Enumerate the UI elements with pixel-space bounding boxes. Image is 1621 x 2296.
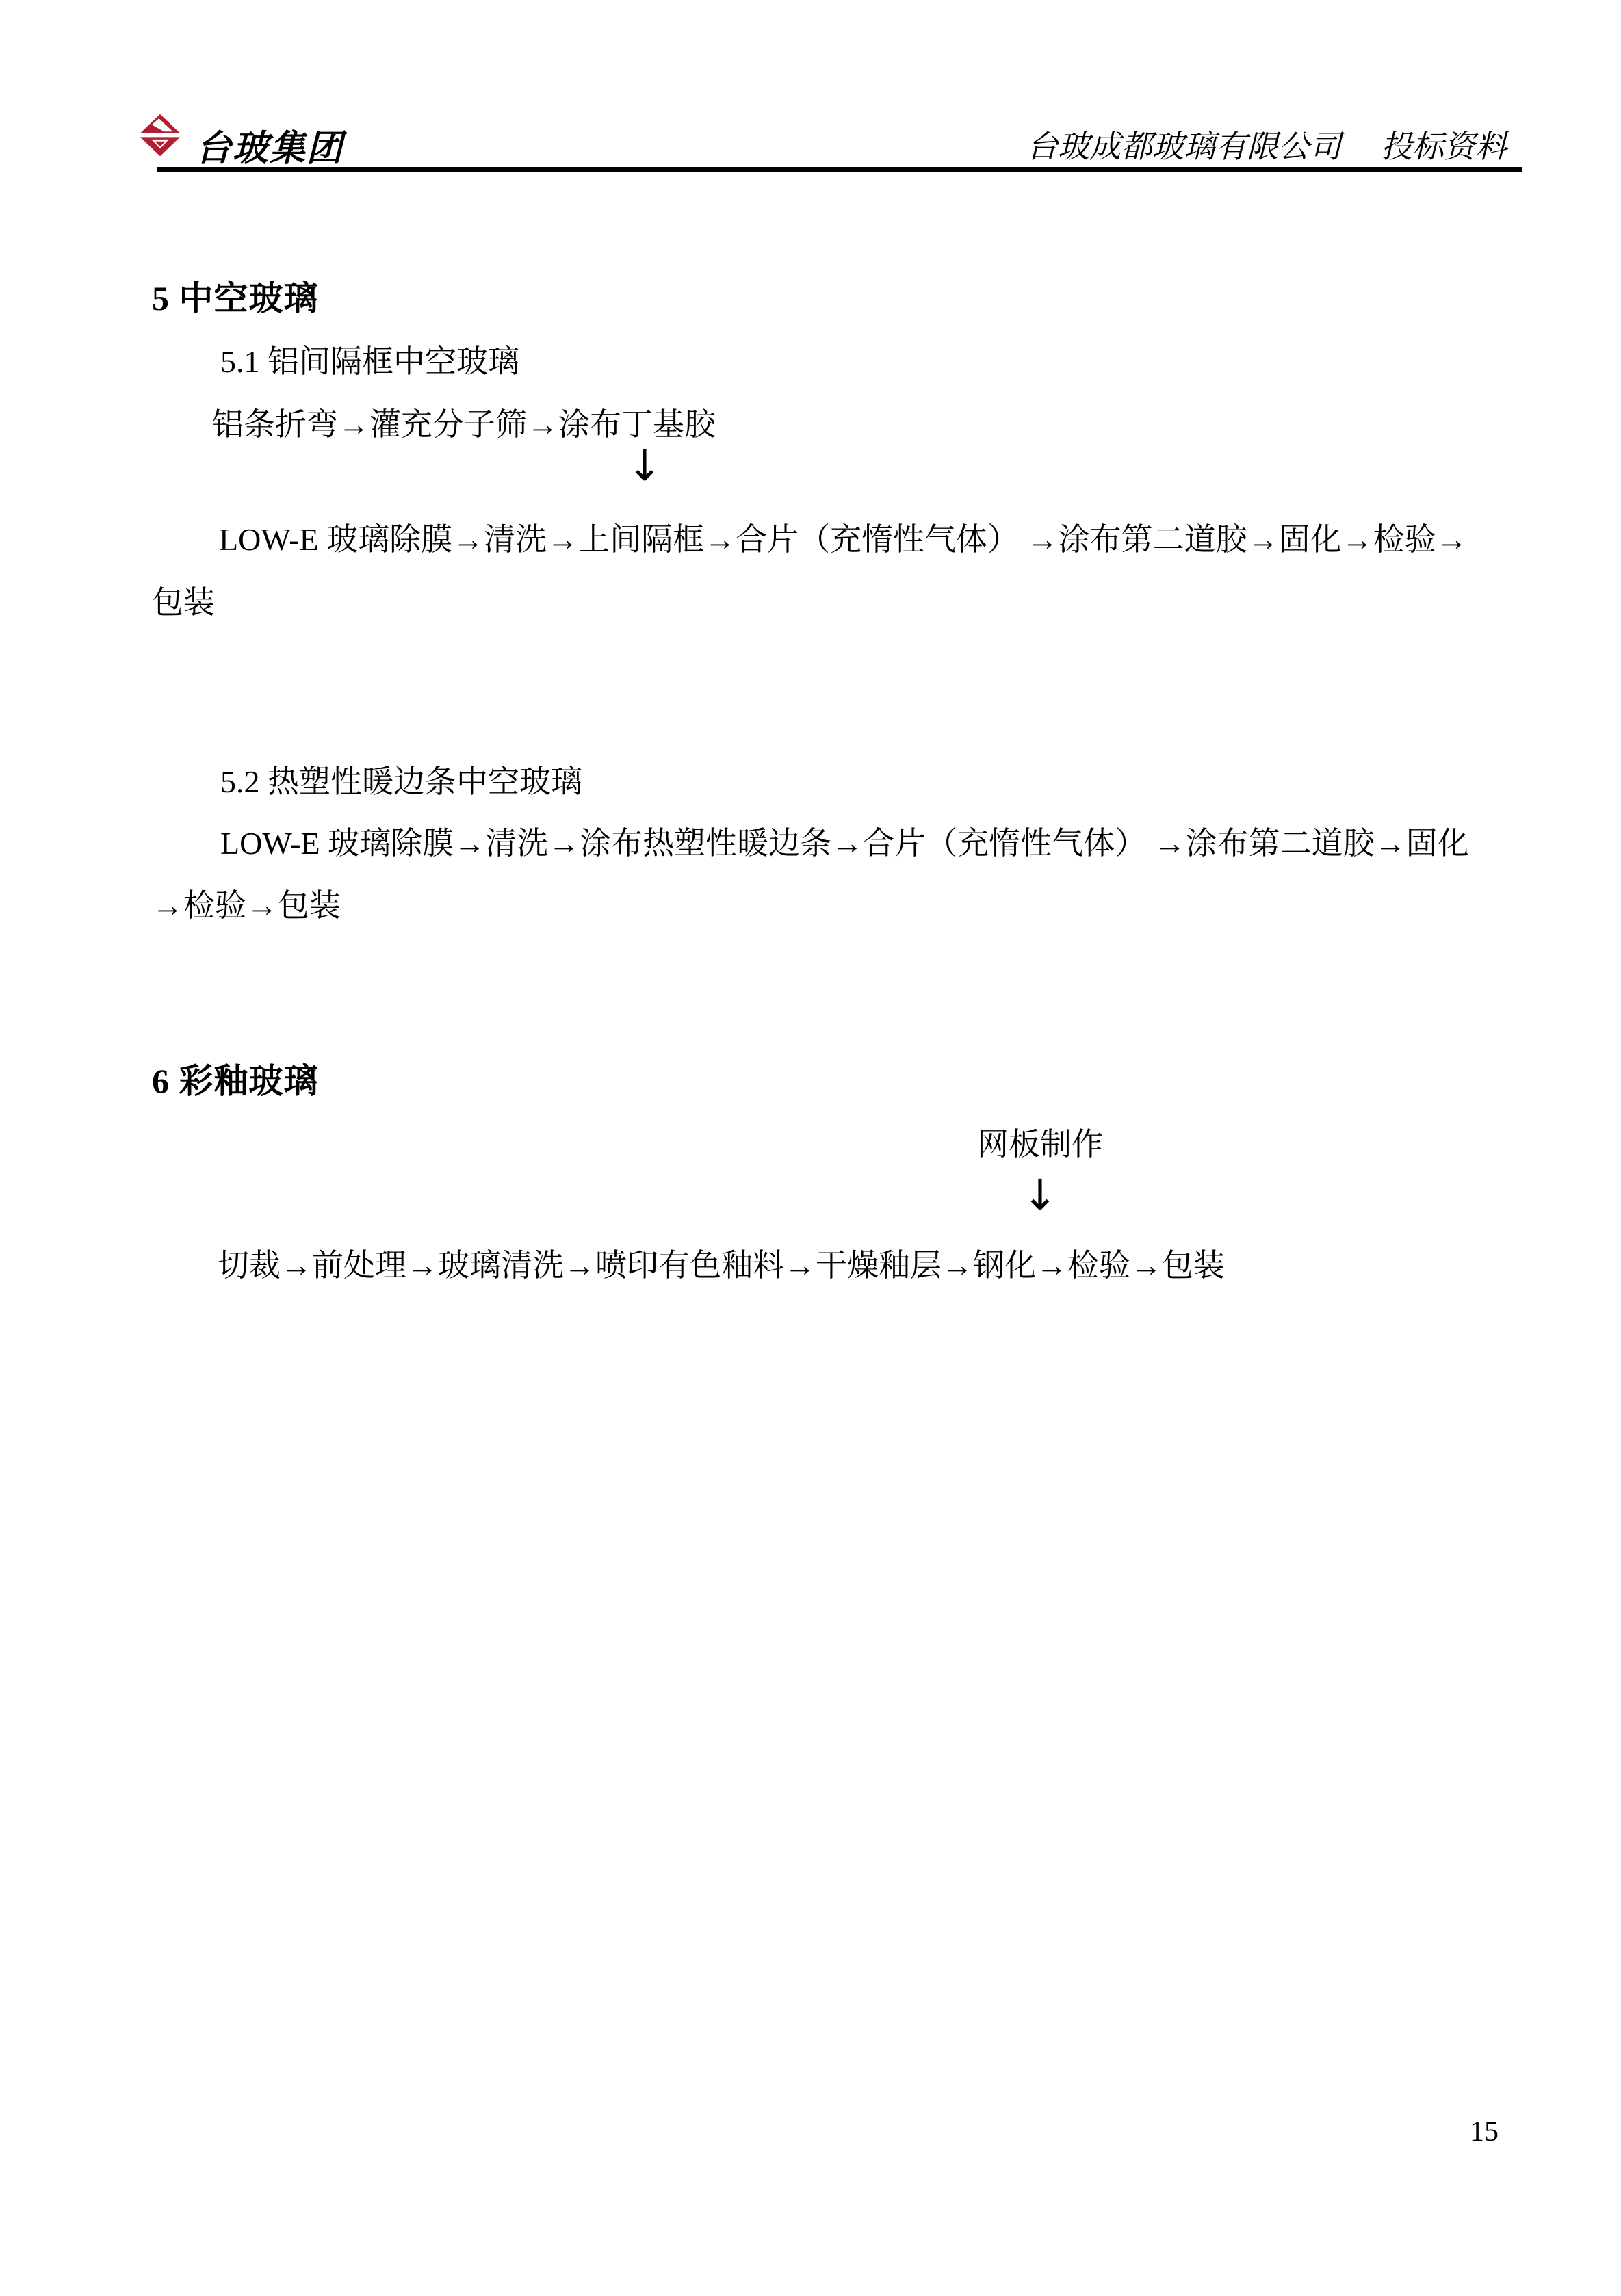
section5-2-title: 5.2 热塑性暖边条中空玻璃 (220, 757, 582, 802)
header-doc-type: 投标资料 (1381, 122, 1507, 167)
taiwan-glass-logo-icon (140, 114, 180, 157)
section5-2-flow-line1: LOW-E 玻璃除膜→清洗→涂布热塑性暖边条→合片（充惰性气体） →涂布第二道胶… (220, 818, 1469, 863)
header-brand-text: 台玻集团 (196, 119, 343, 170)
section6-screen-step: 网板制作 (977, 1119, 1103, 1164)
page-number: 15 (1470, 2115, 1499, 2148)
section5-1-main-flow-line2: 包装 (152, 577, 215, 623)
section5-heading: 5 中空玻璃 (152, 271, 319, 320)
document-page: 台玻集团 台玻成都玻璃有限公司 投标资料 5 中空玻璃 5.1 铝间隔框中空玻璃… (0, 0, 1621, 2296)
section5-1-title: 5.1 铝间隔框中空玻璃 (220, 337, 519, 382)
section5-1-prep-flow: 铝条折弯→灌充分子筛→涂布丁基胶 (212, 400, 716, 445)
header-divider-line (157, 167, 1522, 172)
down-arrow-icon: ↓ (627, 445, 662, 487)
section5-1-main-flow-line1: LOW-E 玻璃除膜→清洗→上间隔框→合片（充惰性气体） →涂布第二道胶→固化→… (219, 514, 1468, 560)
section6-flow: 切裁→前处理→玻璃清洗→喷印有色釉料→干燥釉层→钢化→检验→包装 (218, 1240, 1225, 1286)
header-right: 台玻成都玻璃有限公司 投标资料 (1026, 122, 1507, 167)
section6-heading: 6 彩釉玻璃 (152, 1054, 319, 1103)
header-company-name: 台玻成都玻璃有限公司 (1026, 122, 1341, 167)
section5-2-flow-line2: →检验→包装 (152, 880, 341, 926)
down-arrow-icon: ↓ (1022, 1174, 1058, 1216)
